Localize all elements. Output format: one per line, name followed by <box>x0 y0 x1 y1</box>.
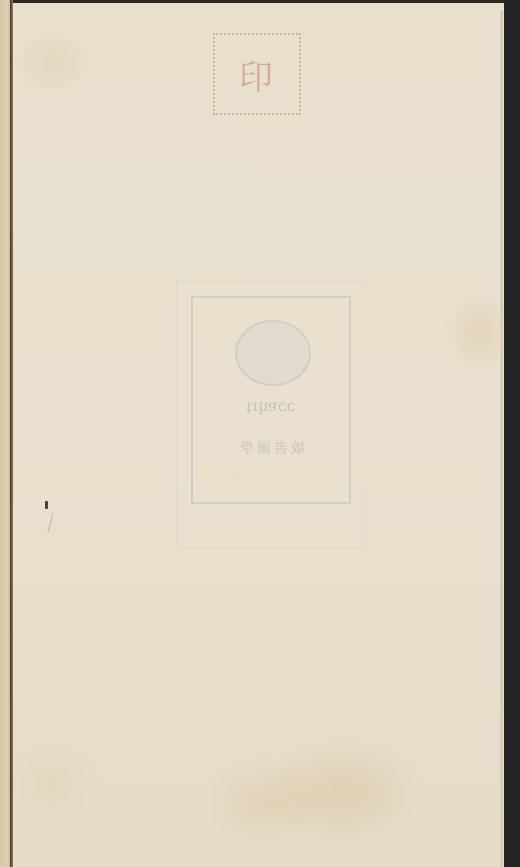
bleed-through-text-line2: 敏書圖學 <box>193 438 349 458</box>
bleed-through-text-line3: 一 二 三 <box>193 466 349 481</box>
bleed-through-emblem <box>235 320 311 386</box>
bleed-through-label: ɔɔɐɥıʇ 敏書圖學 一 二 三 <box>191 296 351 504</box>
scan-background <box>504 0 520 867</box>
scanned-page-view: 印 ɔɔɐɥıʇ 敏書圖學 一 二 三 <box>0 0 520 867</box>
red-seal-stamp: 印 <box>213 33 301 115</box>
seal-character: 印 <box>215 35 299 113</box>
blank-page: 印 ɔɔɐɥıʇ 敏書圖學 一 二 三 <box>13 3 504 867</box>
paper-crease-mark <box>47 513 57 533</box>
bleed-through-text-line1: ɔɔɐɥıʇ <box>193 396 349 415</box>
paper-blemish <box>45 501 48 509</box>
